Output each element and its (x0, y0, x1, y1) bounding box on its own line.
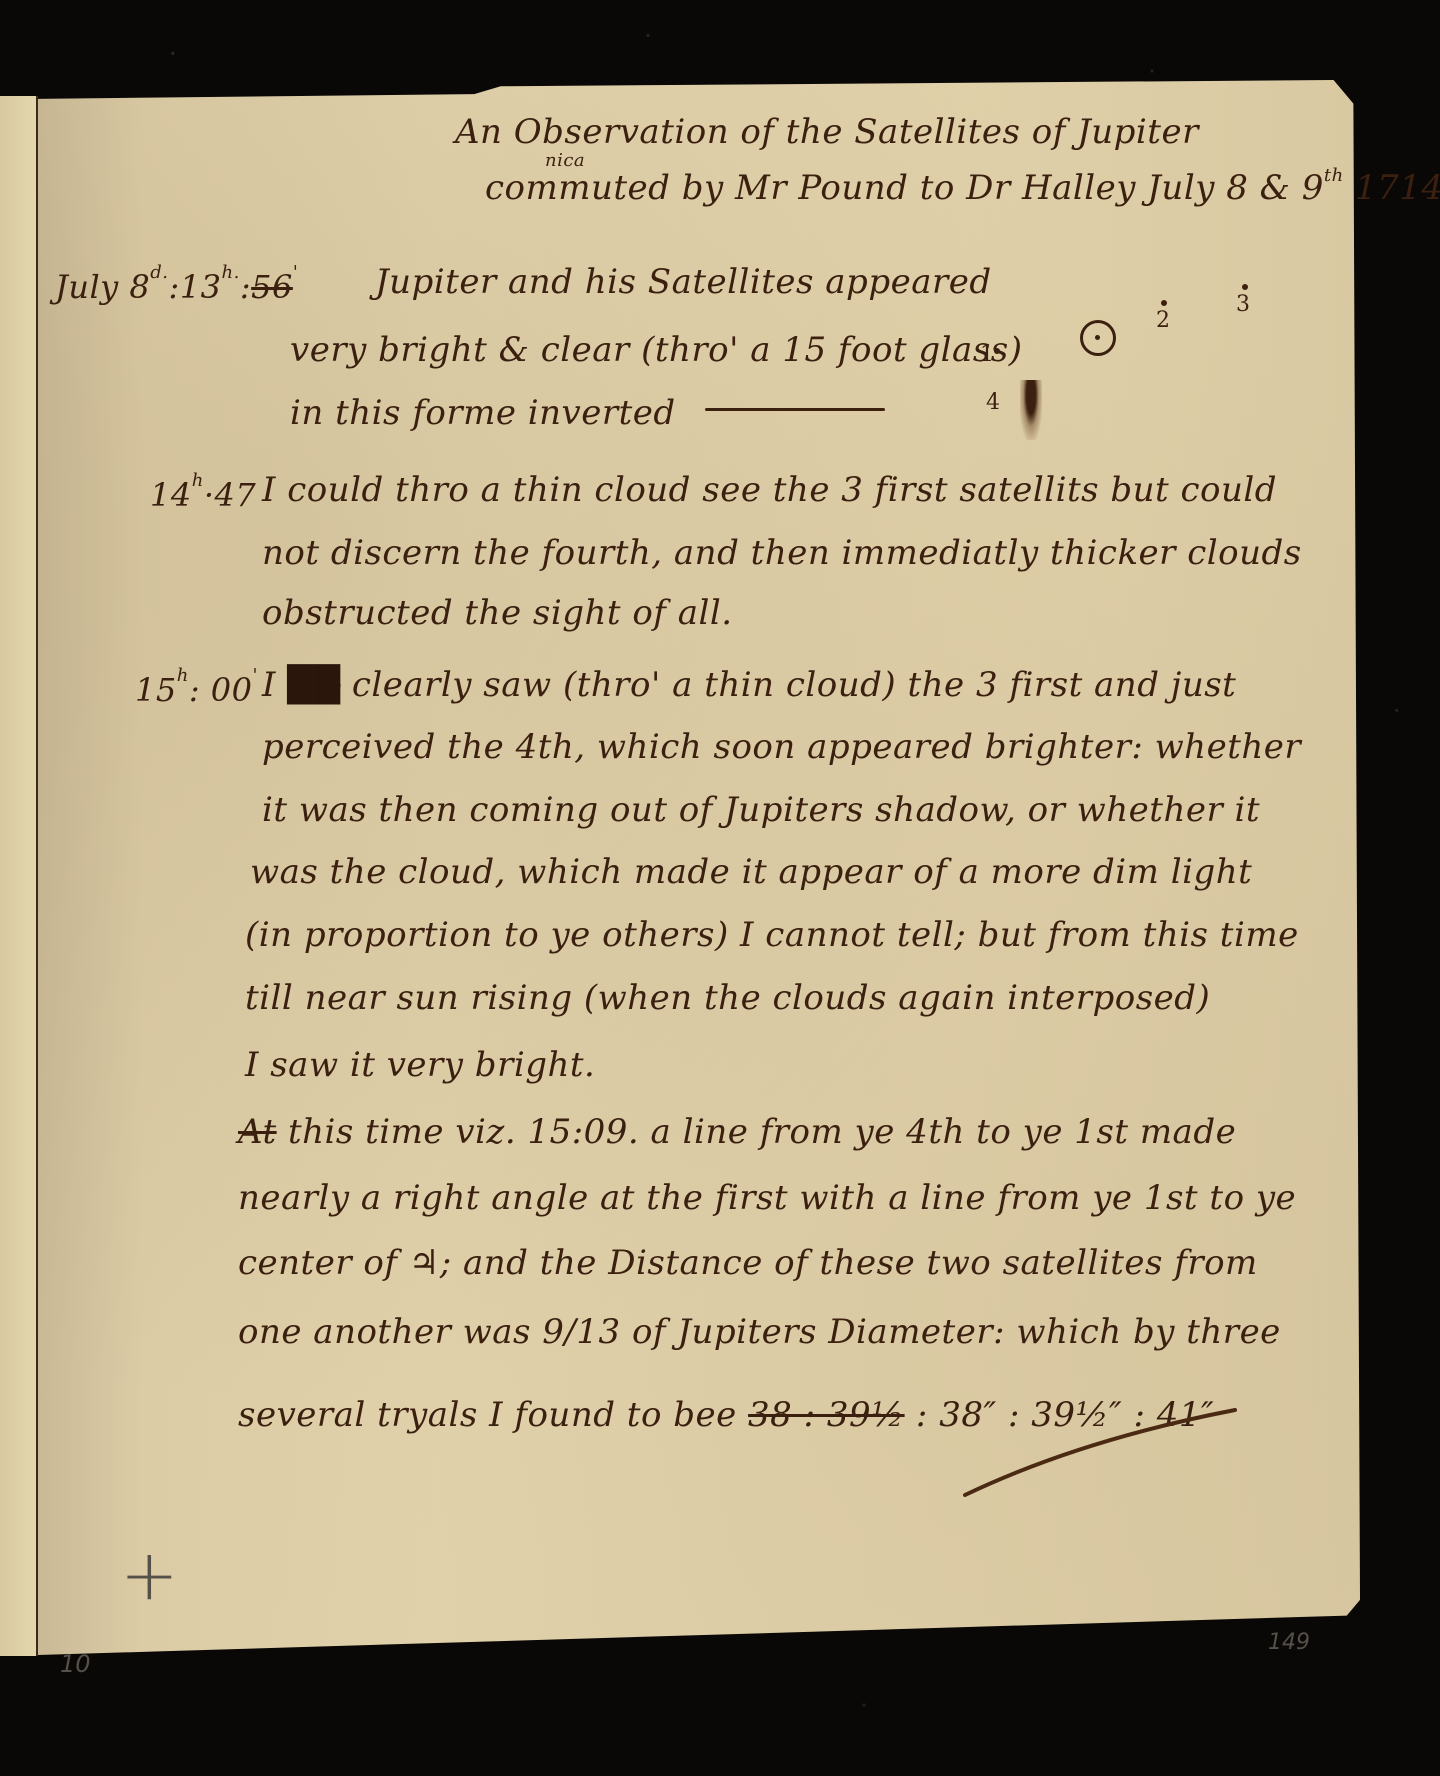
folio-number-right: 149 (1268, 1630, 1310, 1655)
entry-3-timestamp: 15h: 00' (135, 665, 258, 709)
entry-3-line-1: I ██ clearly saw (thro' a thin cloud) th… (262, 665, 1236, 705)
satellite-1-label: 1 (980, 342, 994, 367)
heading-line-2: commuted by Mr Pound to Dr Halley July 8… (485, 165, 1440, 208)
closing-flourish (960, 1400, 1240, 1500)
entry-1-line-2: very bright & clear (thro' a 15 foot gla… (290, 330, 1022, 370)
ink-blot-satellite-4 (1020, 380, 1042, 440)
heading-line-1: An Observation of the Satellites of Jupi… (455, 112, 1199, 152)
entry-4-line-1: At this time viz. 15:09. a line from ye … (238, 1112, 1236, 1152)
entry-2-line-3: obstructed the sight of all. (262, 593, 733, 633)
entry-1-line-3: in this forme inverted (290, 393, 676, 433)
satellite-3-dot (1242, 284, 1248, 290)
folio-number-left: 10 (60, 1650, 91, 1678)
jupiter-disc (1080, 320, 1116, 356)
pencil-cross-mark: + (120, 1540, 179, 1610)
satellite-2-label: 2 (1156, 308, 1170, 333)
satellite-3-label: 3 (1236, 292, 1250, 317)
entry-1-line-1: Jupiter and his Satellites appeared (375, 262, 992, 302)
entry-2-timestamp: 14h·47 (150, 470, 256, 514)
entry-3-line-6: till near sun rising (when the clouds ag… (245, 978, 1210, 1018)
entry-2-line-2: not discern the fourth, and then immedia… (262, 533, 1302, 573)
satellite-diagram: 1 2 3 4 (980, 250, 1260, 430)
entry-2-line-1: I could thro a thin cloud see the 3 firs… (262, 470, 1277, 510)
entry-4-line-4: one another was 9/13 of Jupiters Diamete… (238, 1312, 1281, 1352)
entry-3-line-5: (in proportion to ye others) I cannot te… (245, 915, 1299, 955)
satellite-4-label: 4 (986, 390, 1000, 415)
pointer-dash (705, 408, 885, 411)
satellite-2-dot (1161, 300, 1167, 306)
entry-3-line-3: it was then coming out of Jupiters shado… (262, 790, 1260, 830)
entry-1-timestamp: July 8d.:13h.:56' (55, 262, 298, 306)
entry-4-line-3: center of ♃; and the Distance of these t… (238, 1243, 1258, 1283)
entry-3-line-7: I saw it very bright. (245, 1045, 595, 1085)
entry-3-line-4: was the cloud, which made it appear of a… (250, 852, 1252, 892)
entry-4-line-2: nearly a right angle at the first with a… (238, 1178, 1296, 1218)
facing-page-edge (0, 96, 38, 1656)
satellite-1-dot (994, 348, 1000, 354)
entry-3-line-2: perceived the 4th, which soon appeared b… (262, 727, 1301, 767)
